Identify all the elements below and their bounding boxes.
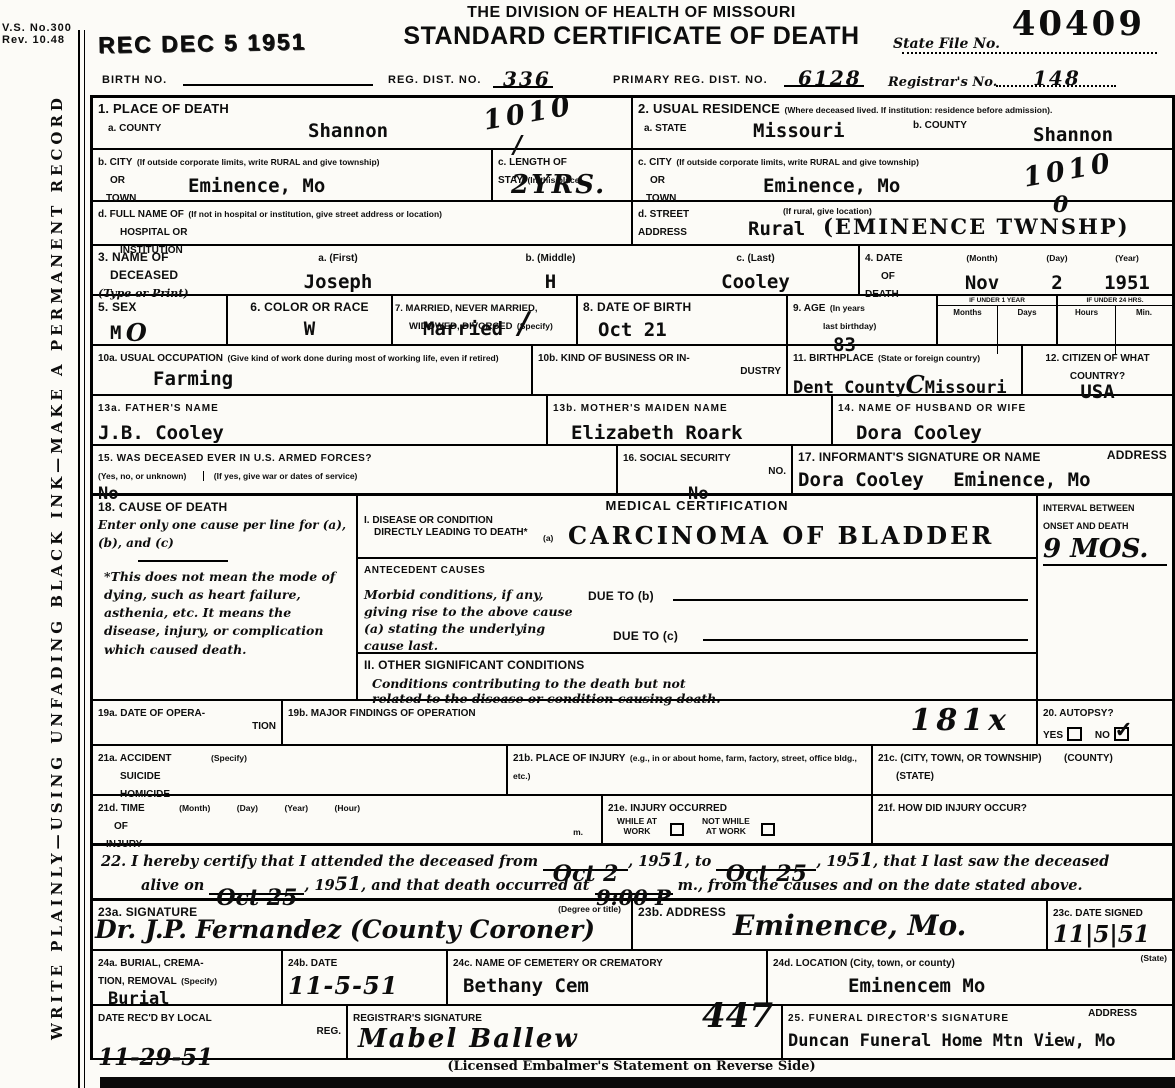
autopsy-yes-checkbox: [1067, 727, 1082, 741]
other-conditions-label: II. OTHER SIGNIFICANT CONDITIONS: [364, 658, 584, 672]
row-name-dod: 3. NAME OF DECEASED (Type or Print) a. (…: [93, 246, 1172, 296]
birthplace-value: Dent CountyCMissouri: [793, 378, 1007, 398]
name-last: c. (Last) Cooley: [658, 248, 853, 292]
disease-sub-a: (a): [543, 533, 553, 543]
inst-note: (If not in hospital or institution, give…: [188, 209, 442, 219]
time-injury-of: OF: [114, 821, 128, 832]
first-value: Joseph: [304, 271, 373, 293]
field-armed-forces: 15. WAS DECEASED EVER IN U.S. ARMED FORC…: [93, 446, 618, 493]
informant-label: 17. INFORMANT'S SIGNATURE OR NAME: [798, 450, 1041, 464]
time-injury-label: 21d. TIME: [98, 803, 145, 814]
row-accident: 21a. ACCIDENT (Specify) SUICIDE HOMICIDE…: [93, 746, 1172, 796]
cause-footnote: *This does not mean the mode of dying, s…: [98, 568, 351, 659]
field-occupation: 10a. USUAL OCCUPATION (Give kind of work…: [93, 346, 533, 394]
name-middle: b. (Middle) H: [443, 248, 658, 292]
certify-value-1: Oct 2: [553, 861, 619, 887]
certify-text-2: , 19: [628, 853, 658, 870]
antecedent-block: ANTECEDENT CAUSES Morbid conditions, if …: [358, 559, 1036, 654]
row-medical-certification: 18. CAUSE OF DEATH Enter only one cause …: [93, 496, 1172, 701]
field-funeral-director: 25. FUNERAL DIRECTOR'S SIGNATURE ADDRESS…: [783, 1006, 1172, 1058]
race-value: W: [304, 318, 315, 340]
business-label: 10b. KIND OF BUSINESS OR IN-: [538, 353, 690, 364]
form-number: V.S. No.300 Rev. 10.48: [2, 22, 72, 46]
residence-heading: 2. USUAL RESIDENCE: [638, 101, 780, 116]
autopsy-yes-label: YES: [1043, 730, 1063, 741]
field-length-of-stay: c. LENGTH OF STAY (In this place) 2YRS.: [493, 150, 631, 200]
field-place-of-death: 1. PLACE OF DEATH a. COUNTY Shannon 1010…: [93, 98, 633, 244]
while-at-work-checkbox: [670, 823, 684, 836]
certify-value-6: 51: [335, 873, 361, 895]
row-registrar-funeral: DATE REC'D BY LOCAL REG. 11-29-51 REGIST…: [93, 1006, 1172, 1058]
accident-label: 21a. ACCIDENT: [98, 753, 172, 764]
occupation-value: Farming: [153, 368, 233, 390]
row-certification-statement: 22. I hereby certify that I attended the…: [93, 846, 1172, 901]
dod-label-block: 4. DATE OF DEATH: [865, 248, 937, 292]
field-dob: 8. DATE OF BIRTH Oct 21: [578, 296, 788, 344]
age-under-24hr-group: IF UNDER 24 HRS. Hours Min.: [1058, 296, 1172, 344]
time-month-label: (Month): [179, 803, 210, 813]
findings-handwritten-mark: 181x: [910, 703, 1011, 738]
street-superscript-mark: 0: [1053, 192, 1068, 218]
city-value: Eminence, Mo: [188, 175, 325, 197]
field-county-of-death: 1. PLACE OF DEATH a. COUNTY Shannon 1010…: [93, 98, 631, 150]
signature-address-label: 23b. ADDRESS: [638, 905, 726, 919]
dod-month-value: Nov: [965, 272, 999, 294]
field-interval: INTERVAL BETWEEN ONSET AND DEATH 9 MOS.: [1038, 496, 1172, 699]
dod-month-label: (Month): [966, 253, 997, 263]
cemetery-label: 24c. NAME OF CEMETERY OR CREMATORY: [453, 958, 663, 969]
ssn-label: 16. SOCIAL SECURITY: [623, 453, 731, 464]
received-date-stamp: REC DEC 5 1951: [98, 28, 307, 59]
certify-text-3: , to: [685, 853, 711, 870]
suicide-label: SUICIDE: [120, 771, 161, 782]
field-date-received: DATE REC'D BY LOCAL REG. 11-29-51: [93, 1006, 348, 1058]
occupation-note: (Give kind of work done during most of w…: [227, 353, 498, 363]
middle-value: H: [545, 271, 556, 293]
field-birthplace: 11. BIRTHPLACE (State or foreign country…: [788, 346, 1023, 394]
other-conditions-sub1: Conditions contributing to the death but…: [372, 676, 686, 691]
operation-date-label: 19a. DATE OF OPERA-: [98, 708, 205, 719]
time-day-label: (Day): [237, 803, 258, 813]
antecedent-label: ANTECEDENT CAUSES: [364, 565, 485, 576]
disease-line: I. DISEASE OR CONDITION DIRECTLY LEADING…: [358, 513, 1036, 559]
middle-label: b. (Middle): [526, 253, 576, 264]
state-file-label: State File No.: [893, 36, 1000, 52]
field-name-of-deceased: 3. NAME OF DECEASED (Type or Print) a. (…: [93, 246, 858, 294]
time-year-label: (Year): [284, 803, 308, 813]
county-value: Shannon: [308, 120, 388, 142]
reverse-side-note: (Licensed Embalmer's Statement on Revers…: [88, 1059, 1175, 1074]
field-accident-type: 21a. ACCIDENT (Specify) SUICIDE HOMICIDE: [93, 746, 508, 794]
street-label: d. STREET: [638, 209, 689, 220]
spouse-label: 14. NAME OF HUSBAND OR WIFE: [838, 403, 1026, 414]
age-note1: (In years: [830, 303, 865, 313]
time-m-suffix: m.: [573, 827, 583, 837]
left-margin: V.S. No.300 Rev. 10.48 WRITE PLAINLY—USI…: [0, 0, 88, 1088]
field-citizen: 12. CITIZEN OF WHAT COUNTRY? USA: [1023, 346, 1172, 394]
stay-value-handwriting: 2YRS.: [511, 170, 606, 200]
row-physician-signature: 23a. SIGNATURE (Degree or title) Dr. J.P…: [93, 901, 1172, 951]
registrar-signature-label: REGISTRAR'S SIGNATURE: [353, 1013, 482, 1024]
name-first: a. (First) Joseph: [233, 248, 443, 292]
marital-handwritten-mark: /: [518, 306, 529, 341]
degree-title-note: (Degree or title): [558, 904, 621, 914]
field-sex: 5. SEX M O: [93, 296, 228, 344]
field-physician-signature: 23a. SIGNATURE (Degree or title) Dr. J.P…: [93, 901, 633, 949]
divider: [138, 560, 228, 562]
burial-note: (Specify): [181, 976, 217, 986]
death-certificate-scan: V.S. No.300 Rev. 10.48 WRITE PLAINLY—USI…: [0, 0, 1175, 1088]
field-registrar-signature: REGISTRAR'S SIGNATURE Mabel Ballew 447: [348, 1006, 783, 1058]
date-signed-label: 23c. DATE SIGNED: [1053, 908, 1143, 919]
autopsy-check-mark: ✓: [1114, 717, 1132, 743]
findings-label: 19b. MAJOR FINDINGS OF OPERATION: [288, 708, 476, 719]
field-injury-occurred: 21e. INJURY OCCURRED WHILE ATWORK NOT WH…: [603, 796, 873, 843]
interval-value-line: 9 MOS.: [1043, 534, 1167, 566]
interval-label: INTERVAL BETWEEN: [1043, 503, 1135, 513]
residence-city-code-handwriting: 1010: [1021, 147, 1116, 193]
registrar-no-value: 148: [1033, 63, 1116, 87]
funeral-director-value: Duncan Funeral Home Mtn View, Mo: [788, 1031, 1116, 1051]
side-instruction-text: WRITE PLAINLY—USING UNFADING BLACK INK—M…: [48, 110, 66, 1040]
injury-county-label: (COUNTY): [1064, 753, 1113, 764]
dob-value: Oct 21: [598, 319, 667, 341]
citizen-label: 12. CITIZEN OF WHAT: [1045, 353, 1149, 364]
certify-line1: 22. I hereby certify that I attended the…: [101, 849, 1164, 871]
autopsy-no-checkbox: ✓: [1114, 727, 1129, 741]
certify-text-6: alive on: [141, 877, 204, 894]
certify-text-1: 22. I hereby certify that I attended the…: [101, 853, 538, 870]
field-business: 10b. KIND OF BUSINESS OR IN- DUSTRY: [533, 346, 788, 394]
field-cemetery-location: 24d. LOCATION (City, town, or county) (S…: [768, 951, 1172, 1004]
cemetery-state-note: (State): [1141, 953, 1167, 963]
street-value-handwriting: (EMINENCE TWNSHP): [823, 214, 1130, 239]
scan-edge-artifact: [100, 1077, 1175, 1088]
residence-street: d. STREET ADDRESS (If rural, give locati…: [633, 202, 1172, 242]
field-physician-address: 23b. ADDRESS Eminence, Mo.: [633, 901, 1048, 949]
accident-note: (Specify): [211, 753, 247, 763]
mother-value: Elizabeth Roark: [571, 422, 743, 444]
birth-no-label: BIRTH NO.: [102, 74, 167, 86]
registrar-file-number-handwriting: 447: [702, 996, 773, 1036]
residence-city-note: (If outside corporate limits, write RURA…: [676, 157, 919, 167]
header: THE DIVISION OF HEALTH OF MISSOURI STAND…: [88, 0, 1175, 70]
disease-value-handwriting: CARCINOMA OF BLADDER: [568, 521, 994, 550]
funeral-director-label: 25. FUNERAL DIRECTOR'S SIGNATURE: [788, 1013, 1009, 1024]
autopsy-no-label: NO: [1095, 730, 1110, 741]
father-value: J.B. Cooley: [98, 422, 224, 444]
due-to-b-line: [673, 591, 1028, 601]
field-date-signed: 23c. DATE SIGNED 11|5|51: [1048, 901, 1172, 949]
morbid-note: Morbid conditions, if any, giving rise t…: [364, 587, 579, 655]
dob-label: 8. DATE OF BIRTH: [583, 300, 691, 314]
form-table: 1. PLACE OF DEATH a. COUNTY Shannon 1010…: [90, 95, 1175, 1060]
cemetery-location-value: Eminencem Mo: [848, 975, 985, 997]
birthplace-note: (State or foreign country): [878, 353, 980, 363]
row-occupation-birthplace: 10a. USUAL OCCUPATION (Give kind of work…: [93, 346, 1172, 396]
physician-signature-handwriting: Dr. J.P. Fernandez (County Coroner): [95, 915, 595, 944]
dod-year-label: (Year): [1115, 253, 1139, 263]
sex-label: 5. SEX: [98, 300, 137, 314]
row-parents-spouse: 13a. FATHER'S NAME J.B. Cooley 13b. MOTH…: [93, 396, 1172, 446]
not-while-at-work-checkbox: [761, 823, 775, 836]
residence-heading-note: (Where deceased lived. If institution: r…: [785, 105, 1053, 115]
dod-year: (Year) 1951: [1087, 248, 1167, 292]
row-forces-ssn-informant: 15. WAS DECEASED EVER IN U.S. ARMED FORC…: [93, 446, 1172, 496]
certify-line2: alive on Oct 25, 1951, and that death oc…: [141, 873, 1164, 895]
dod-label: 4. DATE: [865, 253, 903, 264]
sex-value: M: [110, 322, 121, 344]
residence-county-value: Shannon: [1033, 124, 1113, 146]
business-label2: DUSTRY: [740, 366, 781, 377]
age-note2: last birthday): [823, 321, 876, 331]
certify-value-2: 51: [658, 849, 684, 871]
dod-day: (Day) 2: [1027, 248, 1087, 292]
occupation-label: 10a. USUAL OCCUPATION: [98, 353, 223, 364]
inst-label2: HOSPITAL OR: [120, 227, 187, 238]
certify-blank-1: Oct 2: [543, 859, 628, 871]
injury-state-label: (STATE): [896, 771, 934, 782]
name-label: 3. NAME OF: [98, 250, 169, 264]
county-code-handwriting: 1010: [481, 90, 576, 136]
autopsy-options: YES NO ✓: [1043, 725, 1129, 743]
registrar-no-label: Registrar's No.: [888, 75, 997, 90]
spouse-value: Dora Cooley: [856, 422, 982, 444]
forces-note2: (If yes, give war or dates of service): [203, 471, 358, 481]
name-label2: DECEASED: [110, 268, 178, 282]
forces-label: 15. WAS DECEASED EVER IN U.S. ARMED FORC…: [98, 453, 372, 464]
birthplace-handwritten-mark: C: [906, 370, 925, 399]
certify-blank-3: Oct 25: [209, 883, 304, 895]
operation-date-label2: TION: [252, 721, 276, 732]
residence-city-value: Eminence, Mo: [763, 175, 900, 197]
primary-reg-dist-label: PRIMARY REG. DIST. NO.: [613, 74, 768, 86]
name-label-block: 3. NAME OF DECEASED (Type or Print): [98, 248, 233, 292]
cemetery-value: Bethany Cem: [463, 975, 589, 997]
dod-month: (Month) Nov: [937, 248, 1027, 292]
field-time-of-injury: 21d. TIME (Month) (Day) (Year) (Hour) OF…: [93, 796, 603, 843]
certify-text-7: , 19: [304, 877, 334, 894]
cause-sub: Enter only one cause per line for (a), (…: [98, 518, 346, 550]
time-hour-label: (Hour): [335, 803, 361, 813]
field-medical-certification: MEDICAL CERTIFICATION I. DISEASE OR COND…: [358, 496, 1038, 699]
row-burial: 24a. BURIAL, CREMA- TION, REMOVAL (Speci…: [93, 951, 1172, 1006]
first-label: a. (First): [318, 253, 357, 264]
last-label: c. (Last): [736, 253, 774, 264]
injury-city-label: 21c. (CITY, TOWN, OR TOWNSHIP): [878, 753, 1042, 764]
street-value-typed: Rural: [748, 218, 805, 240]
field-race: 6. COLOR OR RACE W: [228, 296, 393, 344]
informant-name-value: Dora Cooley: [798, 469, 924, 491]
last-value: Cooley: [721, 271, 790, 293]
mother-label: 13b. MOTHER'S MAIDEN NAME: [553, 403, 728, 414]
burial-label2: TION, REMOVAL: [98, 976, 177, 987]
field-usual-residence: 2. USUAL RESIDENCE (Where deceased lived…: [633, 98, 1172, 244]
due-to-c-line: [703, 631, 1028, 641]
informant-address-value: Eminence, Mo: [953, 469, 1090, 491]
street-label2: ADDRESS: [638, 227, 687, 238]
residence-city-or: OR: [650, 175, 665, 186]
ssn-label2: NO.: [768, 466, 786, 477]
certify-blank-4: 9:00 P: [595, 883, 673, 895]
disease-label2: DIRECTLY LEADING TO DEATH*: [374, 527, 528, 538]
place-heading: 1. PLACE OF DEATH: [98, 101, 229, 116]
certify-text-5: , that I last saw the deceased: [873, 853, 1109, 870]
place-injury-label: 21b. PLACE OF INJURY: [513, 753, 625, 764]
date-signed-handwriting: 11|5|51: [1053, 921, 1150, 948]
field-city-of-death: b. CITY (If outside corporate limits, wr…: [93, 150, 493, 200]
forces-note1: (Yes, no, or unknown): [98, 471, 186, 481]
field-place-of-injury: 21b. PLACE OF INJURY (e.g., in or about …: [508, 746, 873, 794]
city-label-or: OR: [110, 175, 125, 186]
under-24hr-header: IF UNDER 24 HRS.: [1058, 296, 1172, 306]
burial-date-label: 24b. DATE: [288, 958, 337, 969]
residence-state-label: a. STATE: [644, 123, 686, 134]
field-mother: 13b. MOTHER'S MAIDEN NAME Elizabeth Roar…: [548, 396, 833, 444]
race-label: 6. COLOR OR RACE: [250, 300, 369, 314]
field-burial-type: 24a. BURIAL, CREMA- TION, REMOVAL (Speci…: [93, 951, 283, 1004]
field-date-of-death: 4. DATE OF DEATH (Month) Nov (Day) 2 (Ye…: [858, 246, 1172, 294]
birthplace-label: 11. BIRTHPLACE: [793, 353, 874, 364]
certificate-sheet: THE DIVISION OF HEALTH OF MISSOURI STAND…: [88, 0, 1175, 1088]
dod-day-label: (Day): [1046, 253, 1067, 263]
field-burial-date: 24b. DATE 11-5-51: [283, 951, 448, 1004]
interval-value-handwriting: 9 MOS.: [1043, 534, 1148, 564]
how-injury-label: 21f. HOW DID INJURY OCCUR?: [878, 803, 1027, 814]
medcert-title: MEDICAL CERTIFICATION: [358, 496, 1036, 513]
residence-county-label: b. COUNTY: [913, 120, 967, 131]
interval-label2: ONSET AND DEATH: [1043, 521, 1129, 531]
certify-text-4: , 19: [816, 853, 846, 870]
cause-heading: 18. CAUSE OF DEATH: [98, 500, 227, 514]
registrar-signature-handwriting: Mabel Ballew: [358, 1024, 579, 1054]
reg-dist-value: 336: [503, 64, 553, 88]
field-major-findings: 19b. MAJOR FINDINGS OF OPERATION 181x: [283, 701, 1038, 744]
date-received-label2: REG.: [317, 1026, 341, 1037]
not-while-at-work-label: NOT WHILEAT WORK: [695, 816, 757, 836]
dod-year-value: 1951: [1104, 272, 1150, 294]
date-received-label: DATE REC'D BY LOCAL: [98, 1013, 212, 1024]
residence-city: c. CITY (If outside corporate limits, wr…: [633, 150, 1172, 202]
autopsy-label: 20. AUTOPSY?: [1043, 708, 1114, 719]
field-marital: 7. MARRIED, NEVER MARRIED, WIDOWED, DIVO…: [393, 296, 578, 344]
field-hospital-name: d. FULL NAME OF (If not in hospital or i…: [93, 202, 631, 242]
vertical-rule: [78, 30, 80, 1088]
age-under-1yr-group: IF UNDER 1 YEAR Months Days: [938, 296, 1058, 344]
primary-reg-dist-value: 6128: [798, 63, 864, 87]
field-spouse: 14. NAME OF HUSBAND OR WIFE Dora Cooley: [833, 396, 1172, 444]
funeral-director-address-label: ADDRESS: [1088, 1008, 1137, 1019]
field-injury-location: 21c. (CITY, TOWN, OR TOWNSHIP) (COUNTY) …: [873, 746, 1172, 794]
row-place-residence: 1. PLACE OF DEATH a. COUNTY Shannon 1010…: [93, 98, 1172, 246]
burial-date-handwriting: 11-5-51: [288, 971, 398, 1000]
vertical-rule-thin: [84, 30, 85, 1088]
field-how-injury-occurred: 21f. HOW DID INJURY OCCUR?: [873, 796, 1172, 843]
row-operation-autopsy: 19a. DATE OF OPERA- TION 19b. MAJOR FIND…: [93, 701, 1172, 746]
row-time-of-injury: 21d. TIME (Month) (Day) (Year) (Hour) OF…: [93, 796, 1172, 846]
state-file-dotted-line: [902, 52, 1157, 54]
injury-occurred-label: 21e. INJURY OCCURRED: [608, 803, 727, 814]
city-label: b. CITY: [98, 157, 132, 168]
city-note: (If outside corporate limits, write RURA…: [137, 157, 380, 167]
inst-label: d. FULL NAME OF: [98, 209, 184, 220]
marital-value: Married: [423, 318, 503, 340]
disease-label: I. DISEASE OR CONDITION: [364, 515, 493, 526]
burial-label: 24a. BURIAL, CREMA-: [98, 958, 204, 969]
certify-value-3: Oct 25: [726, 861, 807, 887]
field-autopsy: 20. AUTOPSY? YES NO ✓: [1038, 701, 1172, 744]
cemetery-location-label: 24d. LOCATION (City, town, or county): [773, 958, 955, 969]
birth-no-blank: [183, 74, 373, 86]
father-label: 13a. FATHER'S NAME: [98, 403, 219, 414]
reg-dist-label: REG. DIST. NO.: [388, 74, 481, 86]
dod-day-value: 2: [1051, 272, 1062, 294]
field-age: 9. AGE (In years last birthday) 83: [788, 296, 938, 344]
due-to-c-label: DUE TO (c): [613, 629, 678, 643]
residence-city-label: c. CITY: [638, 157, 672, 168]
field-informant: 17. INFORMANT'S SIGNATURE OR NAME ADDRES…: [793, 446, 1172, 493]
registration-line: BIRTH NO. REG. DIST. NO. 336 PRIMARY REG…: [88, 70, 1175, 95]
under-1yr-header: IF UNDER 1 YEAR: [938, 296, 1056, 306]
marital-label: 7. MARRIED, NEVER MARRIED,: [395, 303, 538, 314]
county-label: a. COUNTY: [108, 123, 161, 134]
informant-address-label: ADDRESS: [1107, 448, 1167, 462]
residence-state-value: Missouri: [753, 120, 845, 142]
while-at-work-label: WHILE ATWORK: [608, 816, 666, 836]
due-to-b-label: DUE TO (b): [588, 589, 654, 603]
certify-blank-2: Oct 25: [716, 859, 816, 871]
field-father: 13a. FATHER'S NAME J.B. Cooley: [93, 396, 548, 444]
field-cause-of-death-note: 18. CAUSE OF DEATH Enter only one cause …: [93, 496, 358, 699]
sex-handwritten-mark: O: [126, 318, 147, 347]
physician-address-handwriting: Eminence, Mo.: [733, 909, 966, 942]
state-file-number: 40409: [1012, 4, 1145, 44]
field-ssn: 16. SOCIAL SECURITY NO. No: [618, 446, 793, 493]
age-label: 9. AGE: [793, 303, 825, 314]
row-sex-race-age: 5. SEX M O 6. COLOR OR RACE W 7. MARRIED…: [93, 296, 1172, 346]
dod-label2: OF: [881, 271, 895, 282]
certify-value-4: 51: [847, 849, 873, 871]
residence-state-county: 2. USUAL RESIDENCE (Where deceased lived…: [633, 98, 1172, 150]
stay-label: c. LENGTH OF: [498, 157, 567, 168]
city-stay-subrow: b. CITY (If outside corporate limits, wr…: [93, 150, 631, 202]
field-date-of-operation: 19a. DATE OF OPERA- TION: [93, 701, 283, 744]
